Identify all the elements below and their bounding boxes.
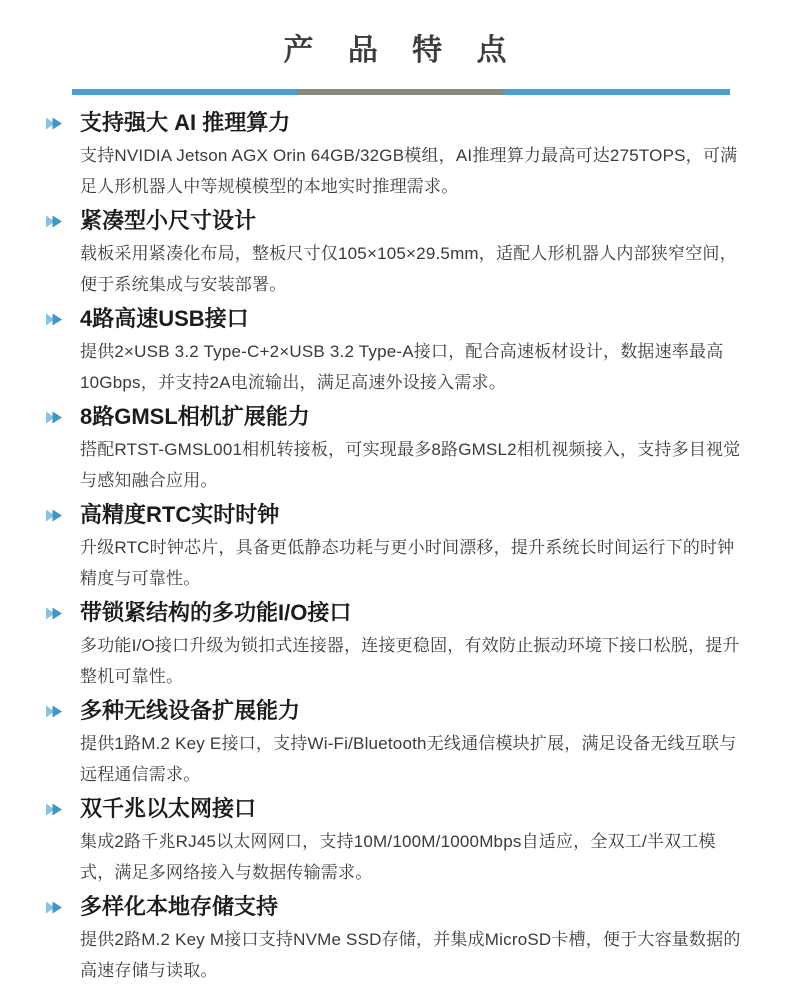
feature-heading: 紧凑型小尺寸设计 bbox=[80, 207, 746, 235]
feature-body: 提供1路M.2 Key E接口，支持Wi-Fi/Bluetooth无线通信模块扩… bbox=[80, 728, 746, 790]
feature-item: 8路GMSL相机扩展能力 搭配RTST-GMSL001相机转接板，可实现最多8路… bbox=[46, 403, 746, 496]
feature-body: 升级RTC时钟芯片，具备更低静态功耗与更小时间漂移，提升系统长时间运行下的时钟精… bbox=[80, 532, 746, 594]
feature-item: 高精度RTC实时时钟 升级RTC时钟芯片，具备更低静态功耗与更小时间漂移，提升系… bbox=[46, 501, 746, 594]
feature-heading: 高精度RTC实时时钟 bbox=[80, 501, 746, 529]
feature-item: 双千兆以太网接口 集成2路千兆RJ45以太网网口，支持10M/100M/1000… bbox=[46, 795, 746, 888]
feature-text: 双千兆以太网接口 集成2路千兆RJ45以太网网口，支持10M/100M/1000… bbox=[80, 795, 746, 888]
feature-body: 支持NVIDIA Jetson AGX Orin 64GB/32GB模组，AI推… bbox=[80, 140, 746, 202]
feature-body: 提供2×USB 3.2 Type-C+2×USB 3.2 Type-A接口，配合… bbox=[80, 336, 746, 398]
feature-text: 8路GMSL相机扩展能力 搭配RTST-GMSL001相机转接板，可实现最多8路… bbox=[80, 403, 746, 496]
double-triangle-right-icon bbox=[46, 901, 63, 914]
feature-heading: 支持强大 AI 推理算力 bbox=[80, 109, 746, 137]
feature-text: 多种无线设备扩展能力 提供1路M.2 Key E接口，支持Wi-Fi/Bluet… bbox=[80, 697, 746, 790]
feature-heading: 双千兆以太网接口 bbox=[80, 795, 746, 823]
feature-heading: 8路GMSL相机扩展能力 bbox=[80, 403, 746, 431]
feature-item: 4路高速USB接口 提供2×USB 3.2 Type-C+2×USB 3.2 T… bbox=[46, 305, 746, 398]
feature-item: 多样化本地存储支持 提供2路M.2 Key M接口支持NVMe SSD存储，并集… bbox=[46, 893, 746, 986]
feature-body: 载板采用紧凑化布局，整板尺寸仅105×105×29.5mm，适配人形机器人内部狭… bbox=[80, 238, 746, 300]
feature-text: 带锁紧结构的多功能I/O接口 多功能I/O接口升级为锁扣式连接器，连接更稳固，有… bbox=[80, 599, 746, 692]
double-triangle-right-icon bbox=[46, 509, 63, 522]
feature-heading: 带锁紧结构的多功能I/O接口 bbox=[80, 599, 746, 627]
double-triangle-right-icon bbox=[46, 607, 63, 620]
feature-body: 集成2路千兆RJ45以太网网口，支持10M/100M/1000Mbps自适应，全… bbox=[80, 826, 746, 888]
double-triangle-right-icon bbox=[46, 215, 63, 228]
divider-segment-gray-middle bbox=[297, 89, 503, 95]
feature-item: 多种无线设备扩展能力 提供1路M.2 Key E接口，支持Wi-Fi/Bluet… bbox=[46, 697, 746, 790]
feature-list: 支持强大 AI 推理算力 支持NVIDIA Jetson AGX Orin 64… bbox=[0, 109, 790, 986]
double-triangle-right-icon bbox=[46, 313, 63, 326]
double-triangle-right-icon bbox=[46, 705, 63, 718]
feature-heading: 多种无线设备扩展能力 bbox=[80, 697, 746, 725]
double-triangle-right-icon bbox=[46, 803, 63, 816]
feature-body: 搭配RTST-GMSL001相机转接板，可实现最多8路GMSL2相机视频接入，支… bbox=[80, 434, 746, 496]
feature-heading: 多样化本地存储支持 bbox=[80, 893, 746, 921]
divider-segment-blue-right bbox=[503, 89, 730, 95]
feature-text: 4路高速USB接口 提供2×USB 3.2 Type-C+2×USB 3.2 T… bbox=[80, 305, 746, 398]
feature-body: 多功能I/O接口升级为锁扣式连接器，连接更稳固，有效防止振动环境下接口松脱，提升… bbox=[80, 630, 746, 692]
double-triangle-right-icon bbox=[46, 117, 63, 130]
feature-text: 多样化本地存储支持 提供2路M.2 Key M接口支持NVMe SSD存储，并集… bbox=[80, 893, 746, 986]
feature-heading: 4路高速USB接口 bbox=[80, 305, 746, 333]
feature-item: 支持强大 AI 推理算力 支持NVIDIA Jetson AGX Orin 64… bbox=[46, 109, 746, 202]
feature-text: 高精度RTC实时时钟 升级RTC时钟芯片，具备更低静态功耗与更小时间漂移，提升系… bbox=[80, 501, 746, 594]
product-features-page: 产 品 特 点 支持强大 AI 推理算力 支持NVIDIA Jetson AGX… bbox=[0, 0, 790, 1004]
feature-item: 带锁紧结构的多功能I/O接口 多功能I/O接口升级为锁扣式连接器，连接更稳固，有… bbox=[46, 599, 746, 692]
double-triangle-right-icon bbox=[46, 411, 63, 424]
feature-body: 提供2路M.2 Key M接口支持NVMe SSD存储，并集成MicroSD卡槽… bbox=[80, 924, 746, 986]
feature-item: 紧凑型小尺寸设计 载板采用紧凑化布局，整板尺寸仅105×105×29.5mm，适… bbox=[46, 207, 746, 300]
page-title: 产 品 特 点 bbox=[0, 0, 790, 68]
feature-text: 支持强大 AI 推理算力 支持NVIDIA Jetson AGX Orin 64… bbox=[80, 109, 746, 202]
feature-text: 紧凑型小尺寸设计 载板采用紧凑化布局，整板尺寸仅105×105×29.5mm，适… bbox=[80, 207, 746, 300]
title-divider bbox=[72, 89, 730, 95]
divider-segment-blue-left bbox=[72, 89, 297, 95]
